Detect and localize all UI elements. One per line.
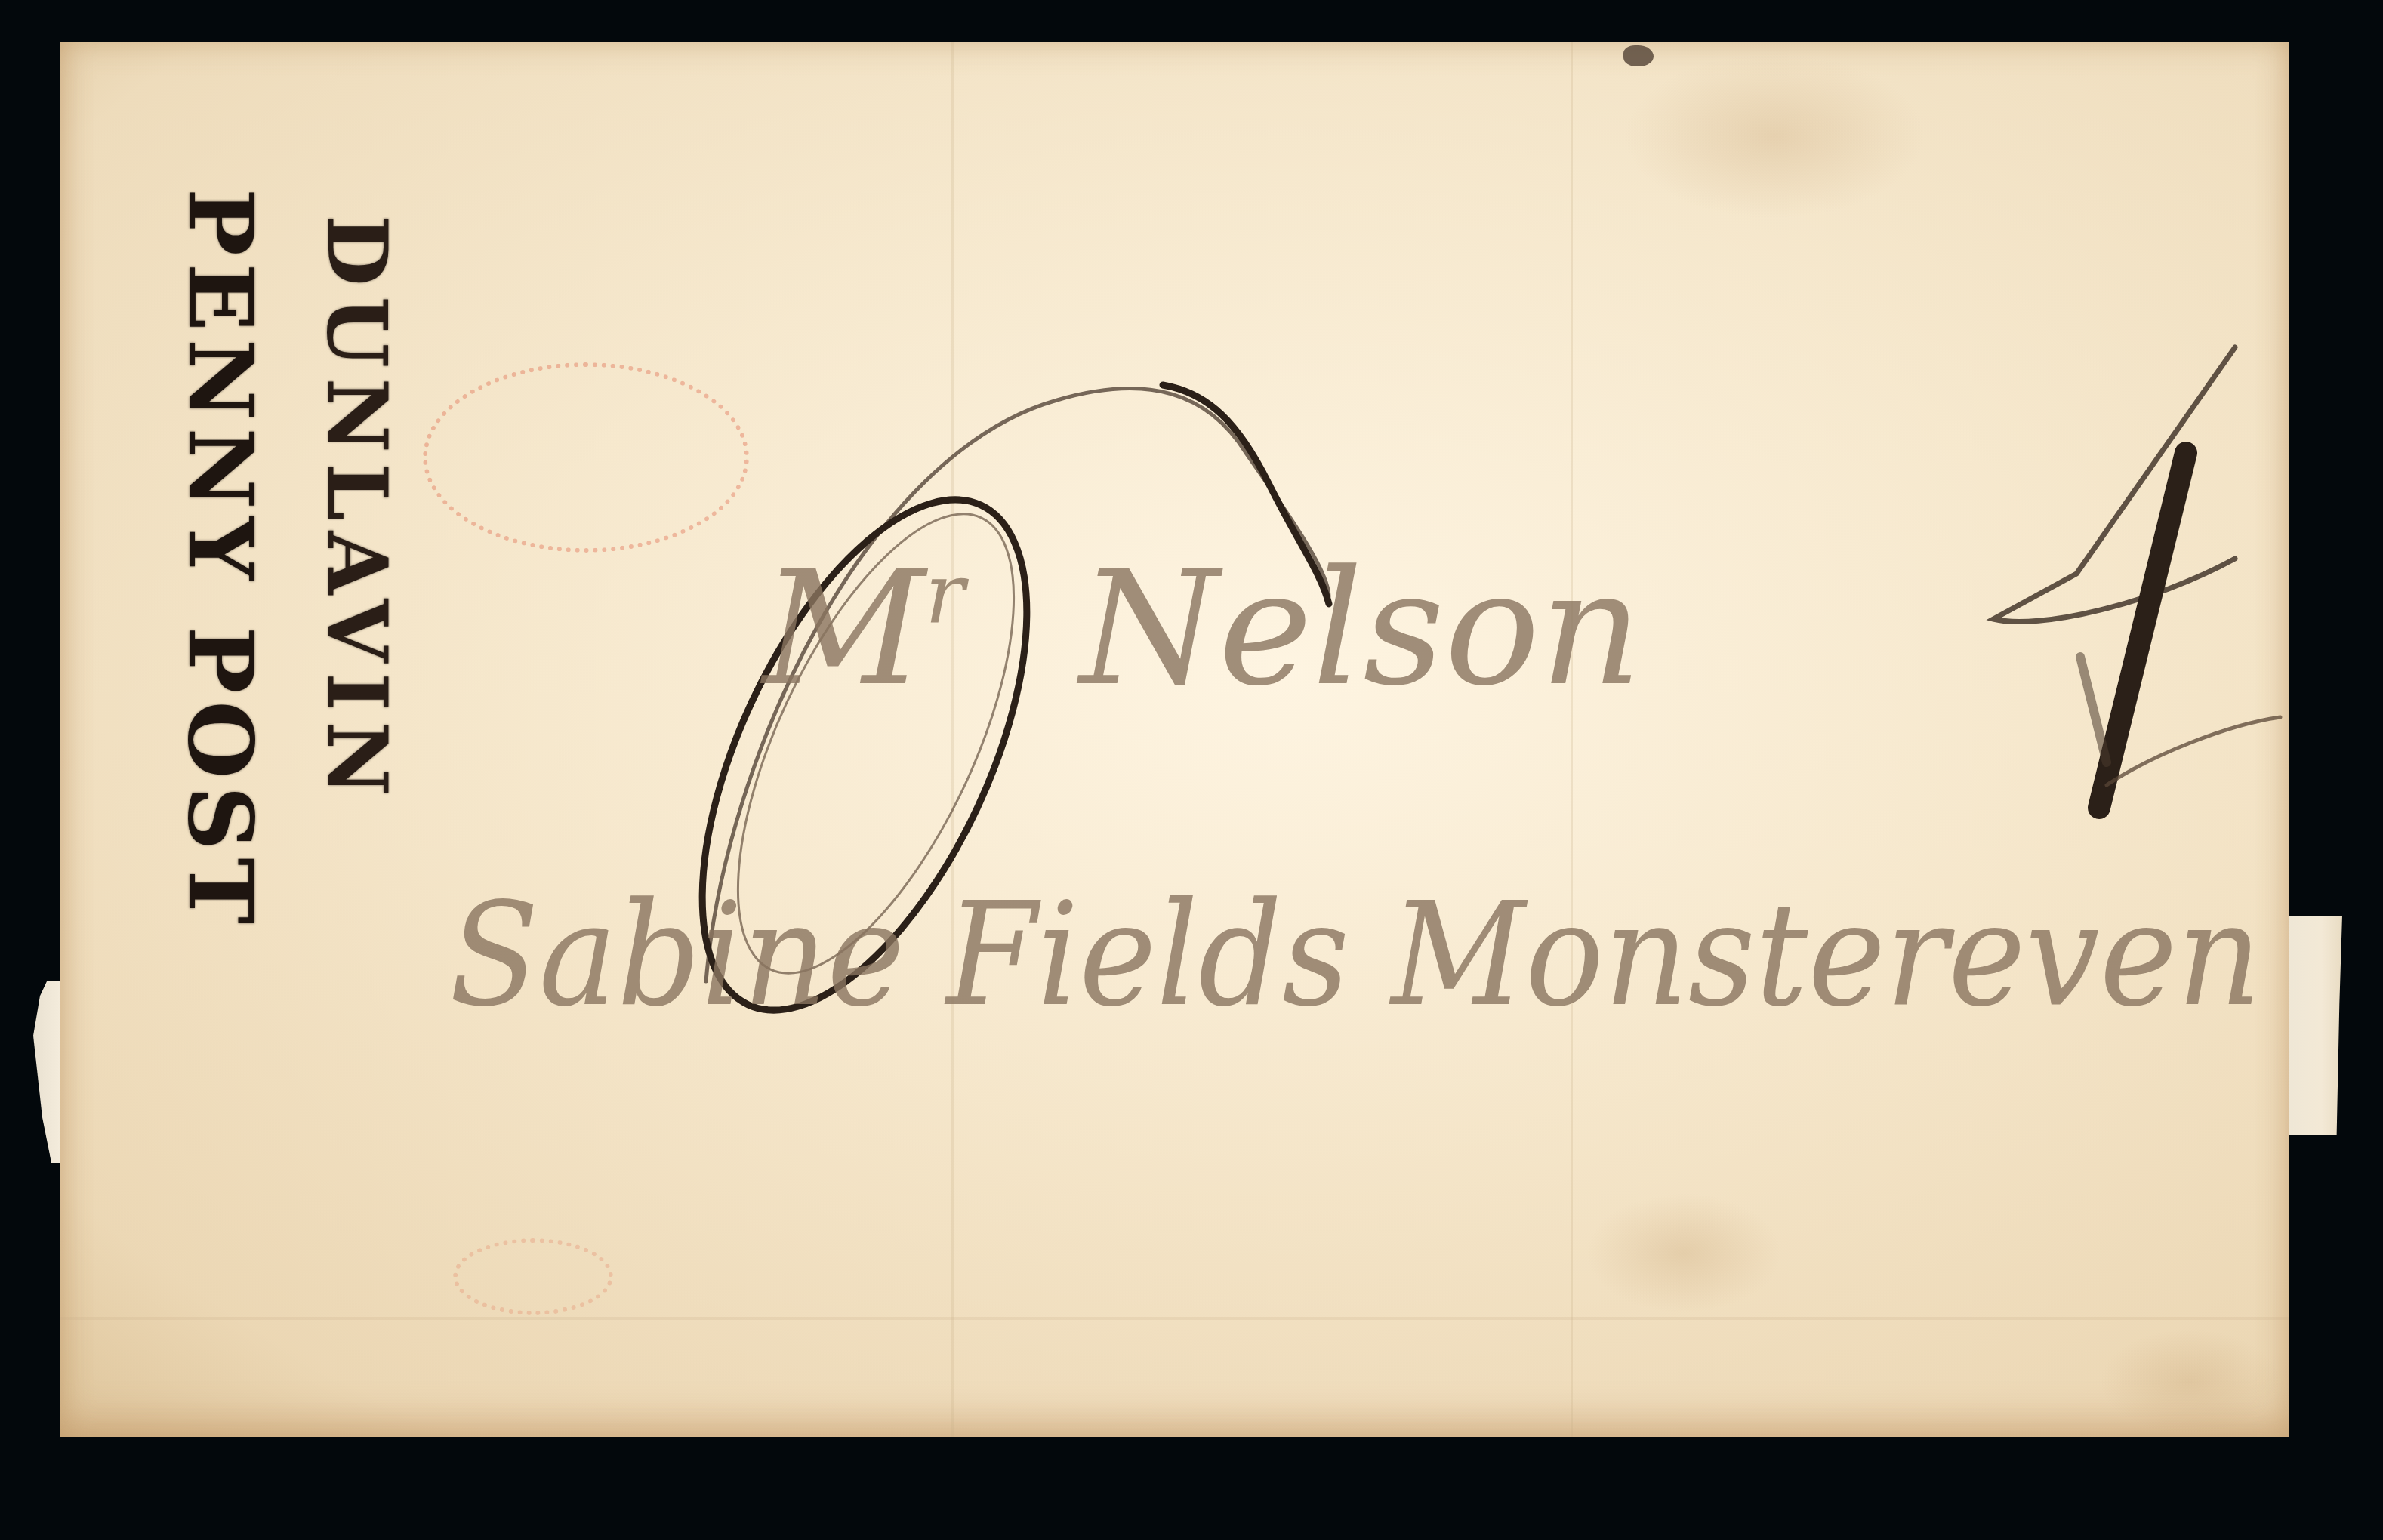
address-destination: Sabine Fields Monstereven <box>449 871 2261 1038</box>
rate-numeral-four <box>1993 347 2280 808</box>
address-title: Mr <box>760 536 970 721</box>
address-recipient-name: Nelson <box>1076 536 1642 721</box>
manuscript-ink-layer: Mr Nelson Sabine Fields Monstereven <box>0 0 2383 1540</box>
